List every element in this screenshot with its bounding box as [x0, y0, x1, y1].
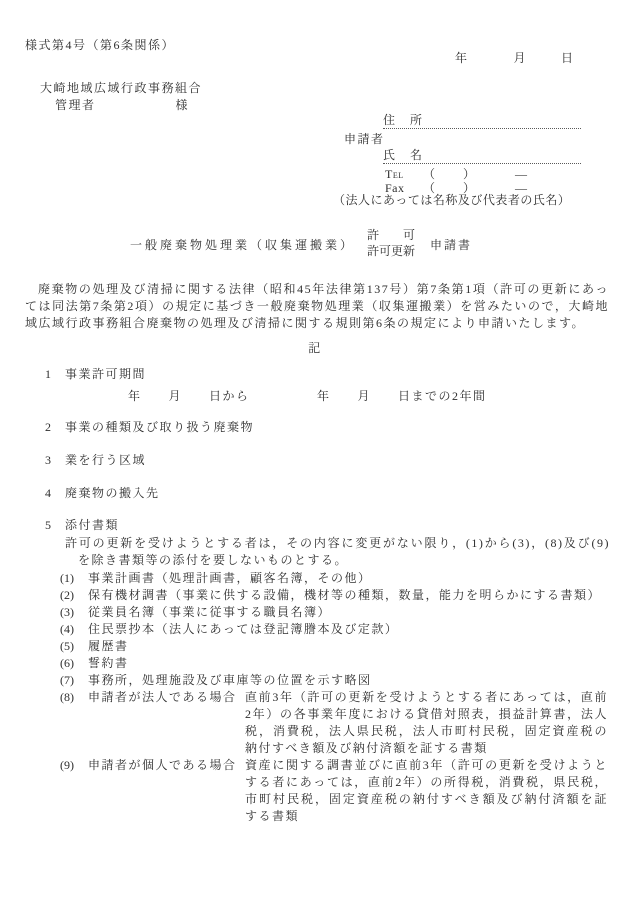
- permit-char-left: 許: [367, 227, 379, 243]
- attachment-number: (6): [60, 655, 88, 672]
- date-line: 年月日: [455, 50, 575, 67]
- permit-option: 許可: [367, 227, 415, 243]
- item-3: 3業を行う区域: [45, 452, 146, 469]
- attachment-number: (8): [60, 689, 88, 706]
- form-number: 様式第4号（第6条関係）: [25, 37, 175, 54]
- item-1-period-line: 年 月 日から 年 月 日までの2年間: [128, 388, 487, 405]
- date-month-label: 月: [514, 51, 528, 65]
- applicant-label: 申請者: [344, 131, 385, 148]
- permit-renewal-option: 許可更新: [367, 243, 415, 259]
- item-1-title: 事業許可期間: [65, 367, 146, 381]
- attachment-text: 保有機材調書（事業に供する設備，機材等の種類，数量，能力を明らかにする書類）: [88, 587, 608, 604]
- application-form-document: 様式第4号（第6条関係） 年月日 大崎地域広域行政事務組合 管理者様 住 所 申…: [0, 0, 630, 915]
- attachment-item: (4)住民票抄本（法人にあっては登記簿謄本及び定款）: [60, 621, 608, 638]
- attachment-text: 従業員名簿（事業に従事する職員名簿）: [88, 604, 608, 621]
- attachment-number: (5): [60, 638, 88, 655]
- address-label: 住 所: [383, 113, 424, 127]
- attachment-item: (7)事務所，処理施設及び車庫等の位置を示す略図: [60, 672, 608, 689]
- name-label: 氏 名: [383, 148, 424, 162]
- item-4-title: 廃棄物の搬入先: [65, 486, 160, 500]
- attachments-list: (1)事業計画書（処理計画書，顧客名簿，その他） (2)保有機材調書（事業に供す…: [60, 570, 608, 825]
- attachment-number: (7): [60, 672, 88, 689]
- permit-options: 許可 許可更新: [367, 227, 415, 259]
- attachment-text: 事業計画書（処理計画書，顧客名簿，その他）: [88, 570, 608, 587]
- attachment-case-description: 直前3年（許可の更新を受けようとする者にあっては，直前2年）の各事業年度における…: [245, 689, 608, 757]
- date-day-label: 日: [561, 51, 575, 65]
- item-3-title: 業を行う区域: [65, 453, 146, 467]
- item-5: 5添付書類: [45, 517, 119, 534]
- item-2-title: 事業の種類及び取り扱う廃棄物: [65, 420, 254, 434]
- applicant-address-field: 住 所: [383, 112, 581, 129]
- attachment-number: (9): [60, 757, 88, 774]
- item-3-number: 3: [45, 452, 65, 469]
- date-year-label: 年: [455, 51, 469, 65]
- ki-heading: 記: [0, 340, 630, 357]
- attachment-item: (1)事業計画書（処理計画書，顧客名簿，その他）: [60, 570, 608, 587]
- recipient-line: 管理者様: [55, 97, 189, 114]
- document-title-main: 一般廃棄物処理業（収集運搬業）: [130, 237, 355, 254]
- item-5-title: 添付書類: [65, 518, 119, 532]
- attachment-number: (4): [60, 621, 88, 638]
- attachment-case-label: 申請者が法人である場合: [88, 689, 245, 706]
- applicant-name-field: 氏 名: [383, 147, 581, 164]
- attachment-case-description: 資産に関する調書並びに直前3年（許可の更新を受けようとする者にあっては，直前2年…: [245, 757, 608, 825]
- attachment-item-corporate: (8)申請者が法人である場合直前3年（許可の更新を受けようとする者にあっては，直…: [60, 689, 608, 757]
- item-2-number: 2: [45, 419, 65, 436]
- attachment-case-label: 申請者が個人である場合: [88, 757, 245, 774]
- item-5-number: 5: [45, 517, 65, 534]
- attachment-text: 誓約書: [88, 655, 608, 672]
- recipient-title: 管理者: [55, 98, 96, 112]
- attachment-text: 住民票抄本（法人にあっては登記簿謄本及び定款）: [88, 621, 608, 638]
- item-4: 4廃棄物の搬入先: [45, 485, 160, 502]
- document-title-suffix: 申請書: [430, 237, 472, 254]
- item-1: 1事業許可期間: [45, 366, 146, 383]
- attachment-text: 事務所，処理施設及び車庫等の位置を示す略図: [88, 672, 608, 689]
- tel-dash: ―: [515, 167, 528, 181]
- recipient-organization: 大崎地域広域行政事務組合: [40, 80, 202, 97]
- attachment-item: (2)保有機材調書（事業に供する設備，機材等の種類，数量，能力を明らかにする書類…: [60, 587, 608, 604]
- item-1-number: 1: [45, 366, 65, 383]
- attachment-item: (3)従業員名簿（事業に従事する職員名簿）: [60, 604, 608, 621]
- attachment-number: (3): [60, 604, 88, 621]
- body-paragraph: 廃棄物の処理及び清掃に関する法律（昭和45年法律第137号）第7条第1項（許可の…: [25, 281, 609, 332]
- permit-char-right: 可: [403, 227, 415, 243]
- corporate-note: （法人にあっては名称及び代表者の氏名）: [333, 192, 570, 209]
- attachment-number: (2): [60, 587, 88, 604]
- attachment-item-individual: (9)申請者が個人である場合資産に関する調書並びに直前3年（許可の更新を受けよう…: [60, 757, 608, 825]
- item-2: 2事業の種類及び取り扱う廃棄物: [45, 419, 254, 436]
- attachments-note: 許可の更新を受けようとする者は，その内容に変更がない限り，(1)から(3)，(8…: [65, 535, 610, 569]
- item-4-number: 4: [45, 485, 65, 502]
- attachment-item: (6)誓約書: [60, 655, 608, 672]
- attachment-item: (5)履歴書: [60, 638, 608, 655]
- attachment-text: 履歴書: [88, 638, 608, 655]
- recipient-honorific: 様: [176, 98, 190, 112]
- attachment-number: (1): [60, 570, 88, 587]
